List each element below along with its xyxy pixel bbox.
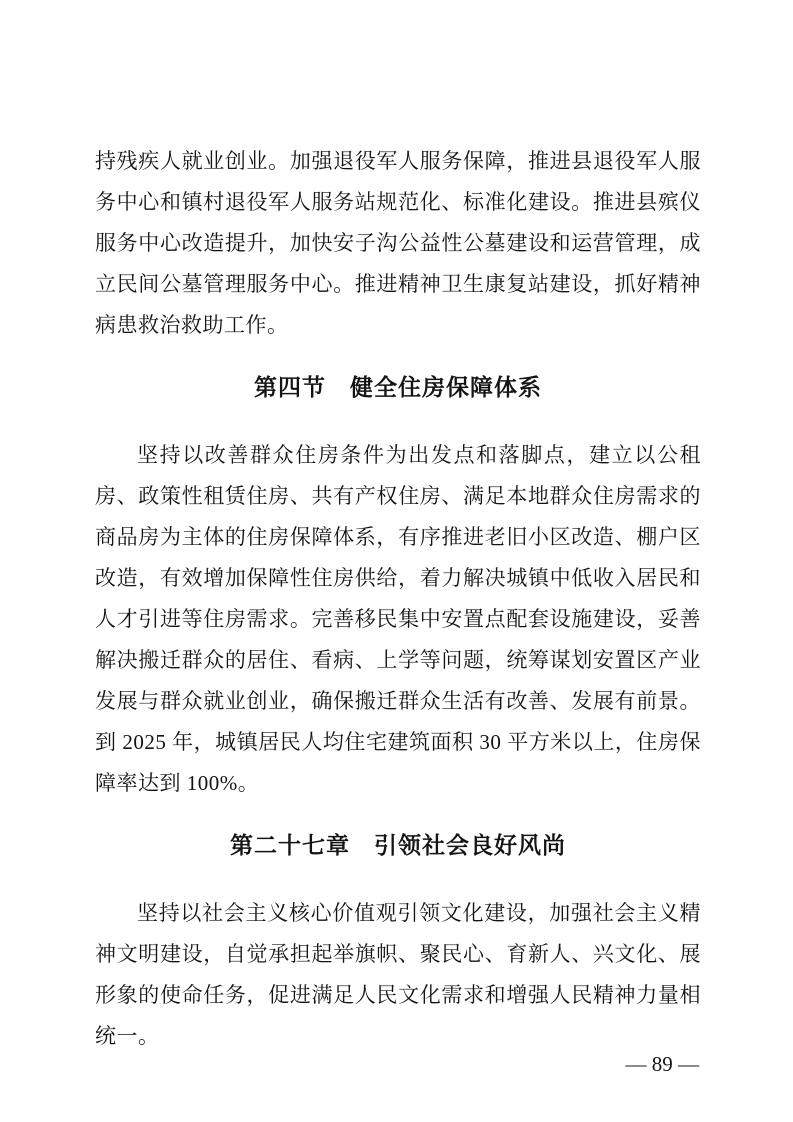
section-heading: 第四节 健全住房保障体系 <box>95 367 701 408</box>
chapter-heading: 第二十七章 引领社会良好风尚 <box>95 825 701 866</box>
document-content: 持残疾人就业创业。加强退役军人服务保障，推进县退役军人服务中心和镇村退役军人服务… <box>95 141 701 1057</box>
body-paragraph-2: 坚持以改善群众住房条件为出发点和落脚点，建立以公租房、政策性租赁住房、共有产权住… <box>95 435 701 804</box>
body-paragraph-3: 坚持以社会主义核心价值观引领文化建设，加强社会主义精神文明建设，自觉承担起举旗帜… <box>95 893 701 1057</box>
document-page: 持残疾人就业创业。加强退役军人服务保障，推进县退役军人服务中心和镇村退役军人服务… <box>0 0 793 1122</box>
body-paragraph-1: 持残疾人就业创业。加强退役军人服务保障，推进县退役军人服务中心和镇村退役军人服务… <box>95 141 701 346</box>
page-number: — 89 — <box>626 1050 700 1078</box>
